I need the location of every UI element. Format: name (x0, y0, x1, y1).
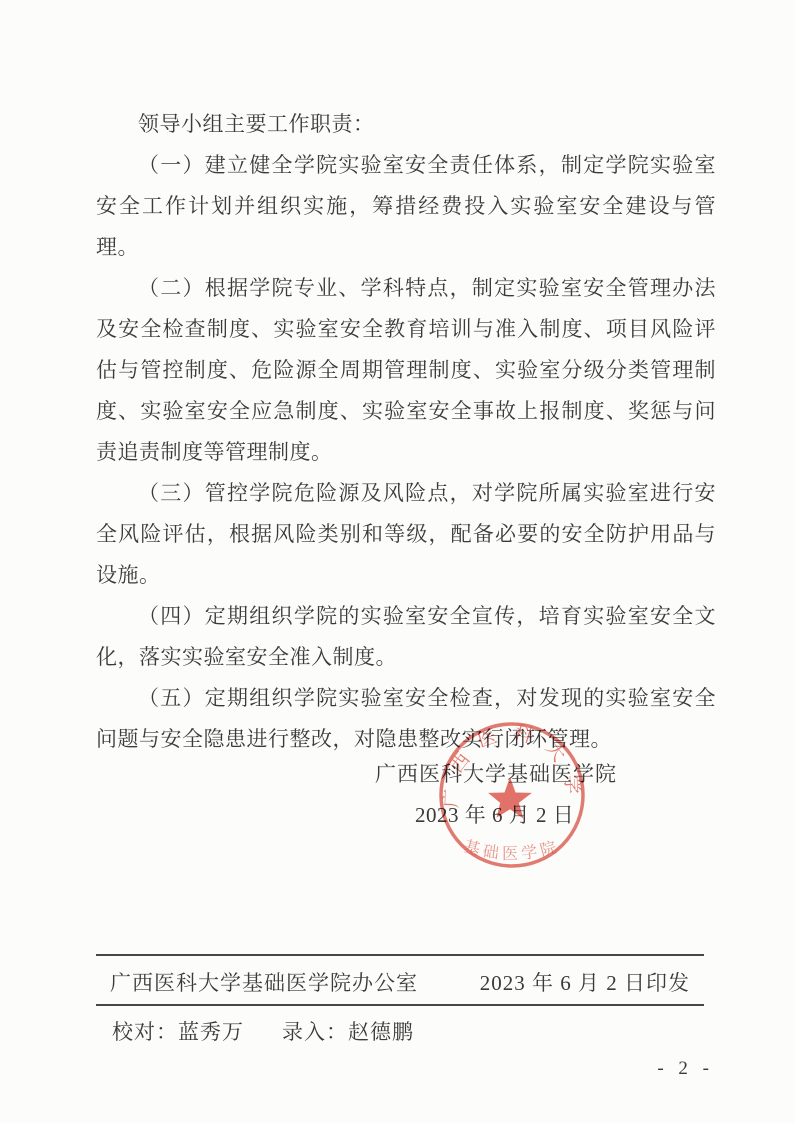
entry-name: 赵德鹏 (348, 1020, 414, 1044)
seal-bottom-text: 基础医学院 (462, 837, 562, 863)
paragraph-intro: 领导小组主要工作职责： (96, 104, 716, 145)
proofreader-name: 蓝秀万 (178, 1020, 244, 1044)
footer-issuer: 广西医科大学基础医学院办公室 (110, 967, 418, 997)
signature-organization: 广西医科大学基础医学院 (375, 758, 617, 788)
paragraph-item-5: （五）定期组织学院实验室安全检查，对发现的实验室安全问题与安全隐患进行整改，对隐… (96, 678, 716, 760)
paragraph-item-2: （二）根据学院专业、学科特点，制定实验室安全管理办法及安全检查制度、实验室安全教… (96, 268, 716, 473)
proofreader-label: 校对： (112, 1020, 178, 1044)
paragraph-item-4: （四）定期组织学院的实验室安全宣传，培育实验室安全文化，落实实验室安全准入制度。 (96, 596, 716, 678)
document-page: 领导小组主要工作职责： （一）建立健全学院实验室安全责任体系，制定学院实验室安全… (0, 0, 794, 1123)
svg-text:基础医学院: 基础医学院 (462, 837, 562, 863)
document-body: 领导小组主要工作职责： （一）建立健全学院实验室安全责任体系，制定学院实验室安全… (96, 104, 716, 760)
footer-print-date: 2023 年 6 月 2 日印发 (480, 967, 690, 997)
footer-rule-bottom (96, 1004, 704, 1006)
signature-date: 2023 年 6 月 2 日 (415, 799, 574, 829)
footer-credits-row: 校对：蓝秀万录入：赵德鹏 (112, 1016, 414, 1046)
footer-rule-top (96, 954, 704, 956)
entry-label: 录入： (282, 1020, 348, 1044)
paragraph-item-1: （一）建立健全学院实验室安全责任体系，制定学院实验室安全工作计划并组织实施，筹措… (96, 145, 716, 268)
paragraph-item-3: （三）管控学院危险源及风险点，对学院所属实验室进行安全风险评估，根据风险类别和等… (96, 473, 716, 596)
footer-issuer-row: 广西医科大学基础医学院办公室 2023 年 6 月 2 日印发 (110, 967, 690, 997)
page-number: - 2 - (657, 1058, 714, 1080)
